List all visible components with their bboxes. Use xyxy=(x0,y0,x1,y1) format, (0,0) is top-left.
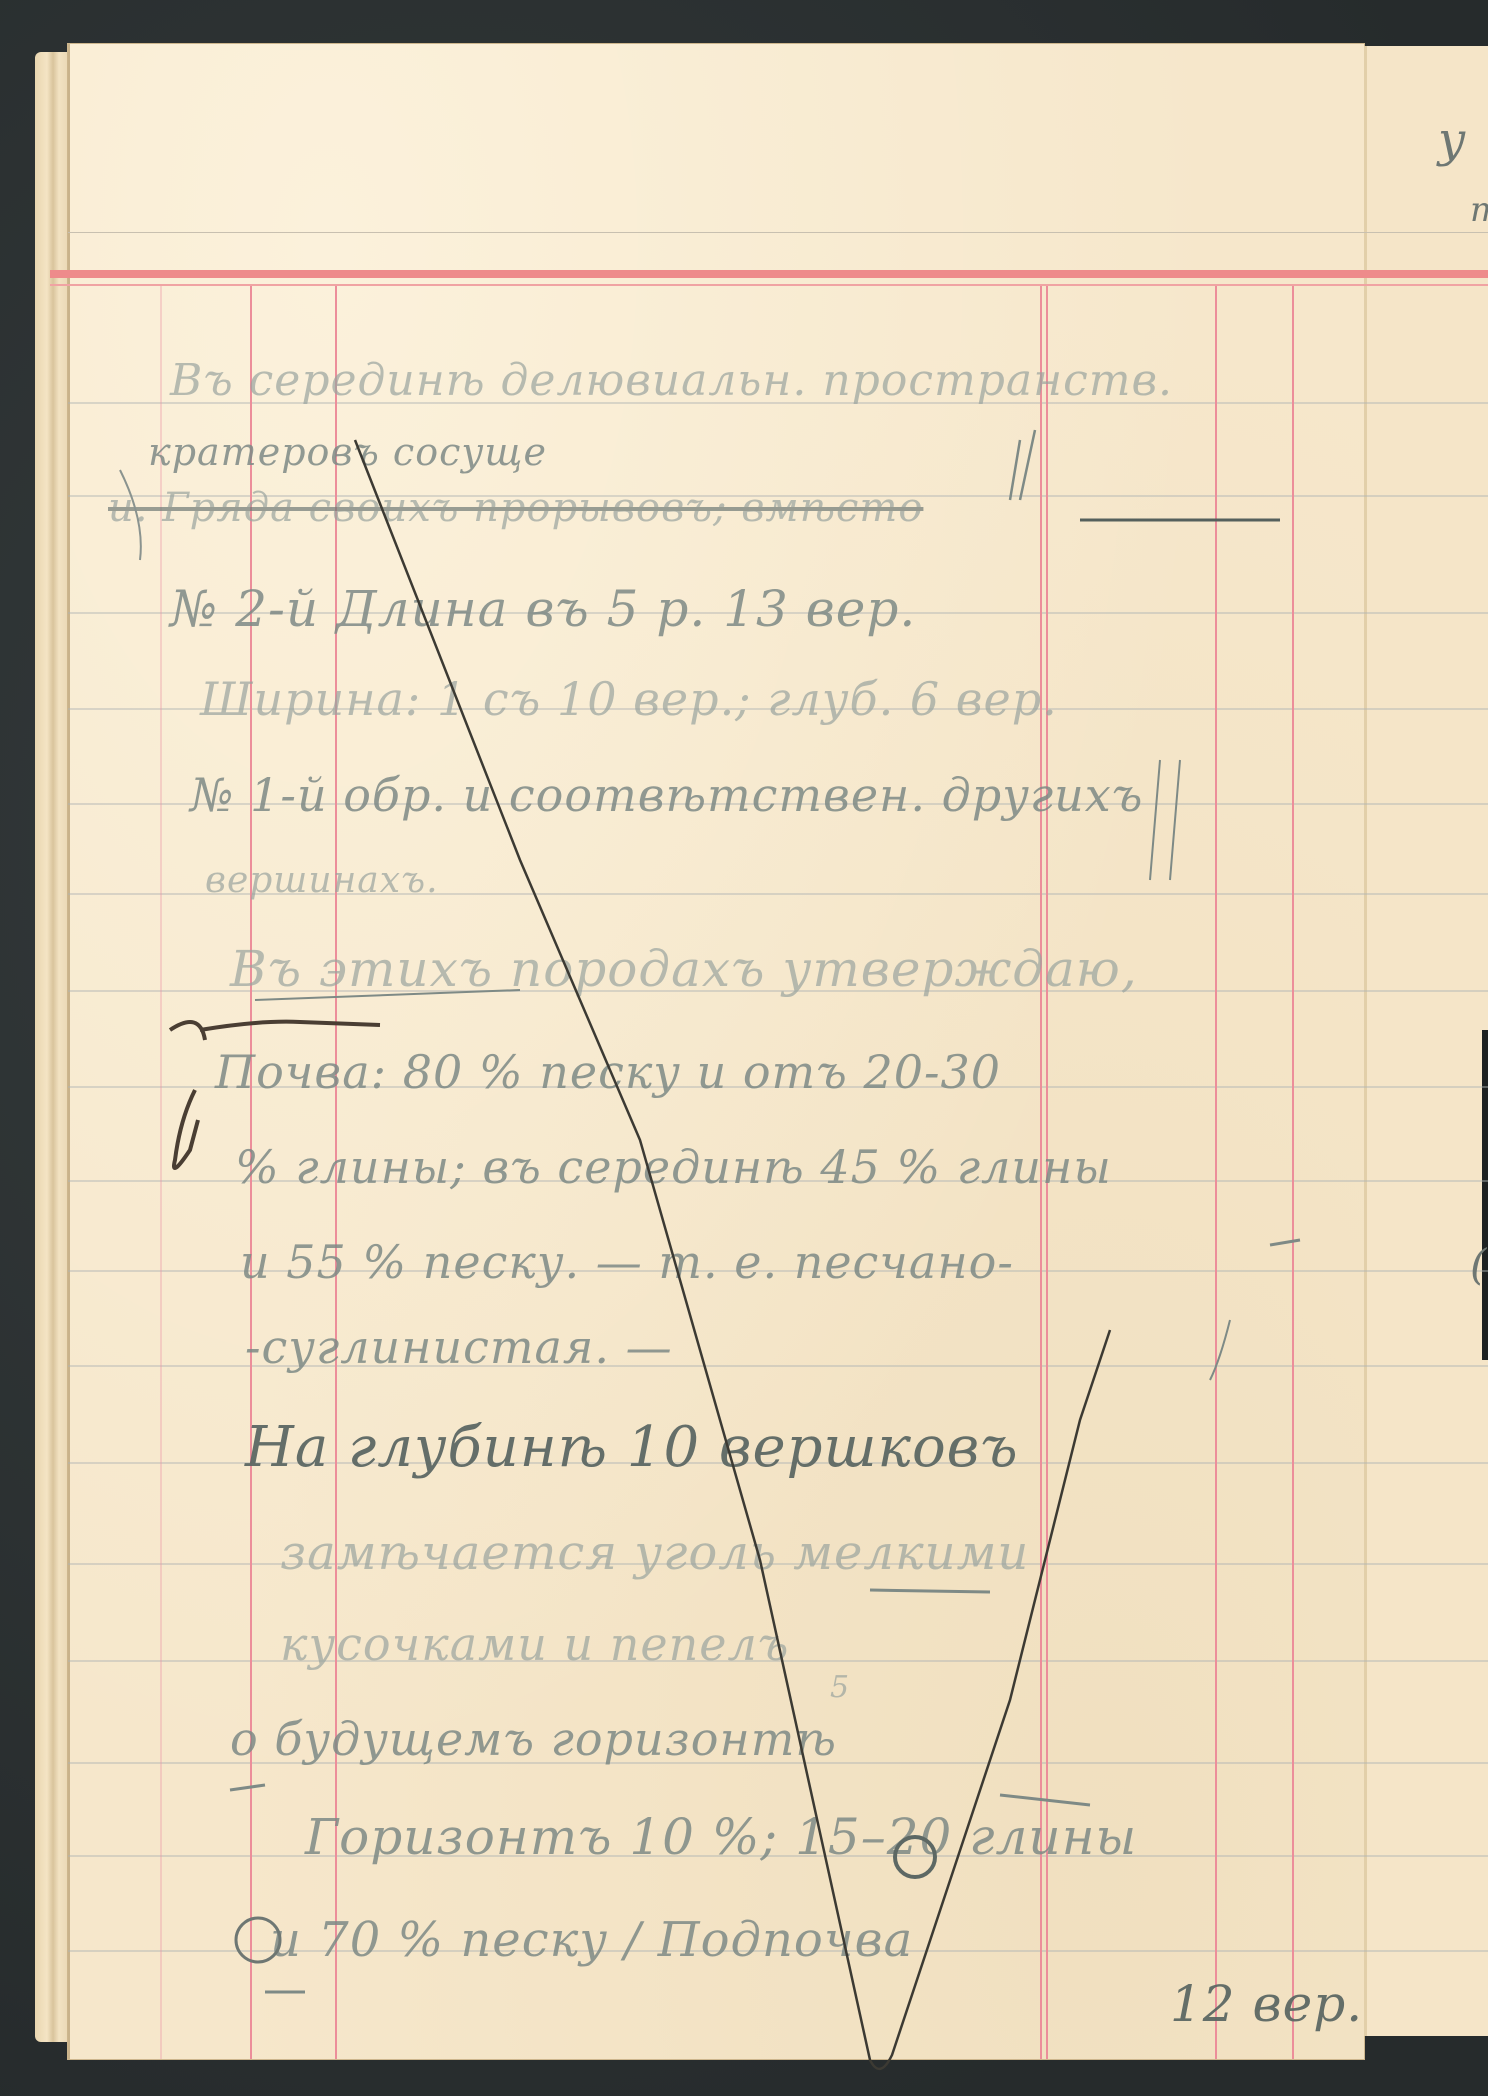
handwritten-line: Въ серединѣ делювиальн. пространств. xyxy=(170,355,1173,406)
handwritten-line: Горизонтъ 10 %; 15–20 глины xyxy=(305,1808,1137,1866)
right-page-fragment: т xyxy=(1470,190,1488,230)
handwritten-insert: кратеровъ сосуще xyxy=(148,430,547,474)
handwritten-line: и 55 % песку. — т. е. песчано- xyxy=(240,1235,1014,1289)
handwritten-line-struck: и. Гряда своихъ прорывовъ; вмѣсто xyxy=(108,485,923,531)
top-pink-rule-thick xyxy=(50,270,1488,278)
right-page-fragment: у xyxy=(1438,112,1466,168)
handwritten-line: замѣчается уголь мелкими xyxy=(280,1525,1029,1581)
handwritten-line: кусочками и пепелъ xyxy=(280,1617,789,1671)
right-page-fragment: ( xyxy=(1470,1240,1486,1289)
handwritten-numeral: 5 xyxy=(830,1670,850,1705)
right-notebook-page xyxy=(1364,46,1488,2036)
pink-column-line xyxy=(1292,286,1294,2059)
handwritten-line: о будущемъ горизонтѣ xyxy=(230,1712,837,1766)
top-pink-rule-thin xyxy=(50,284,1488,286)
handwritten-line: 12 вер. xyxy=(1170,1975,1363,2033)
handwritten-line: вершинахъ. xyxy=(205,860,439,901)
header-grey-rule xyxy=(68,232,1488,233)
handwritten-line: -суглинистая. — xyxy=(245,1320,673,1374)
faint-margin-line xyxy=(160,286,162,2059)
handwritten-line: Ширина: 1 съ 10 вер.; глуб. 6 вер. xyxy=(200,672,1058,726)
handwritten-line: № 2-й Длина въ 5 р. 13 вер. xyxy=(170,580,916,638)
handwritten-line: и 70 % песку / Подпочва xyxy=(270,1912,913,1968)
handwritten-line: Въ этихъ породахъ утверждаю, xyxy=(230,940,1138,998)
page-gap-shadow xyxy=(1482,1030,1488,1360)
handwritten-line: Почва: 80 % песку и отъ 20-30 xyxy=(215,1045,1001,1099)
pink-column-line xyxy=(1215,286,1217,2059)
handwritten-line: № 1-й обр. и соотвѣтствен. другихъ xyxy=(190,768,1143,822)
handwritten-line: % глины; въ серединѣ 45 % глины xyxy=(235,1140,1112,1194)
handwritten-line: На глубинѣ 10 вершковъ xyxy=(245,1415,1019,1480)
